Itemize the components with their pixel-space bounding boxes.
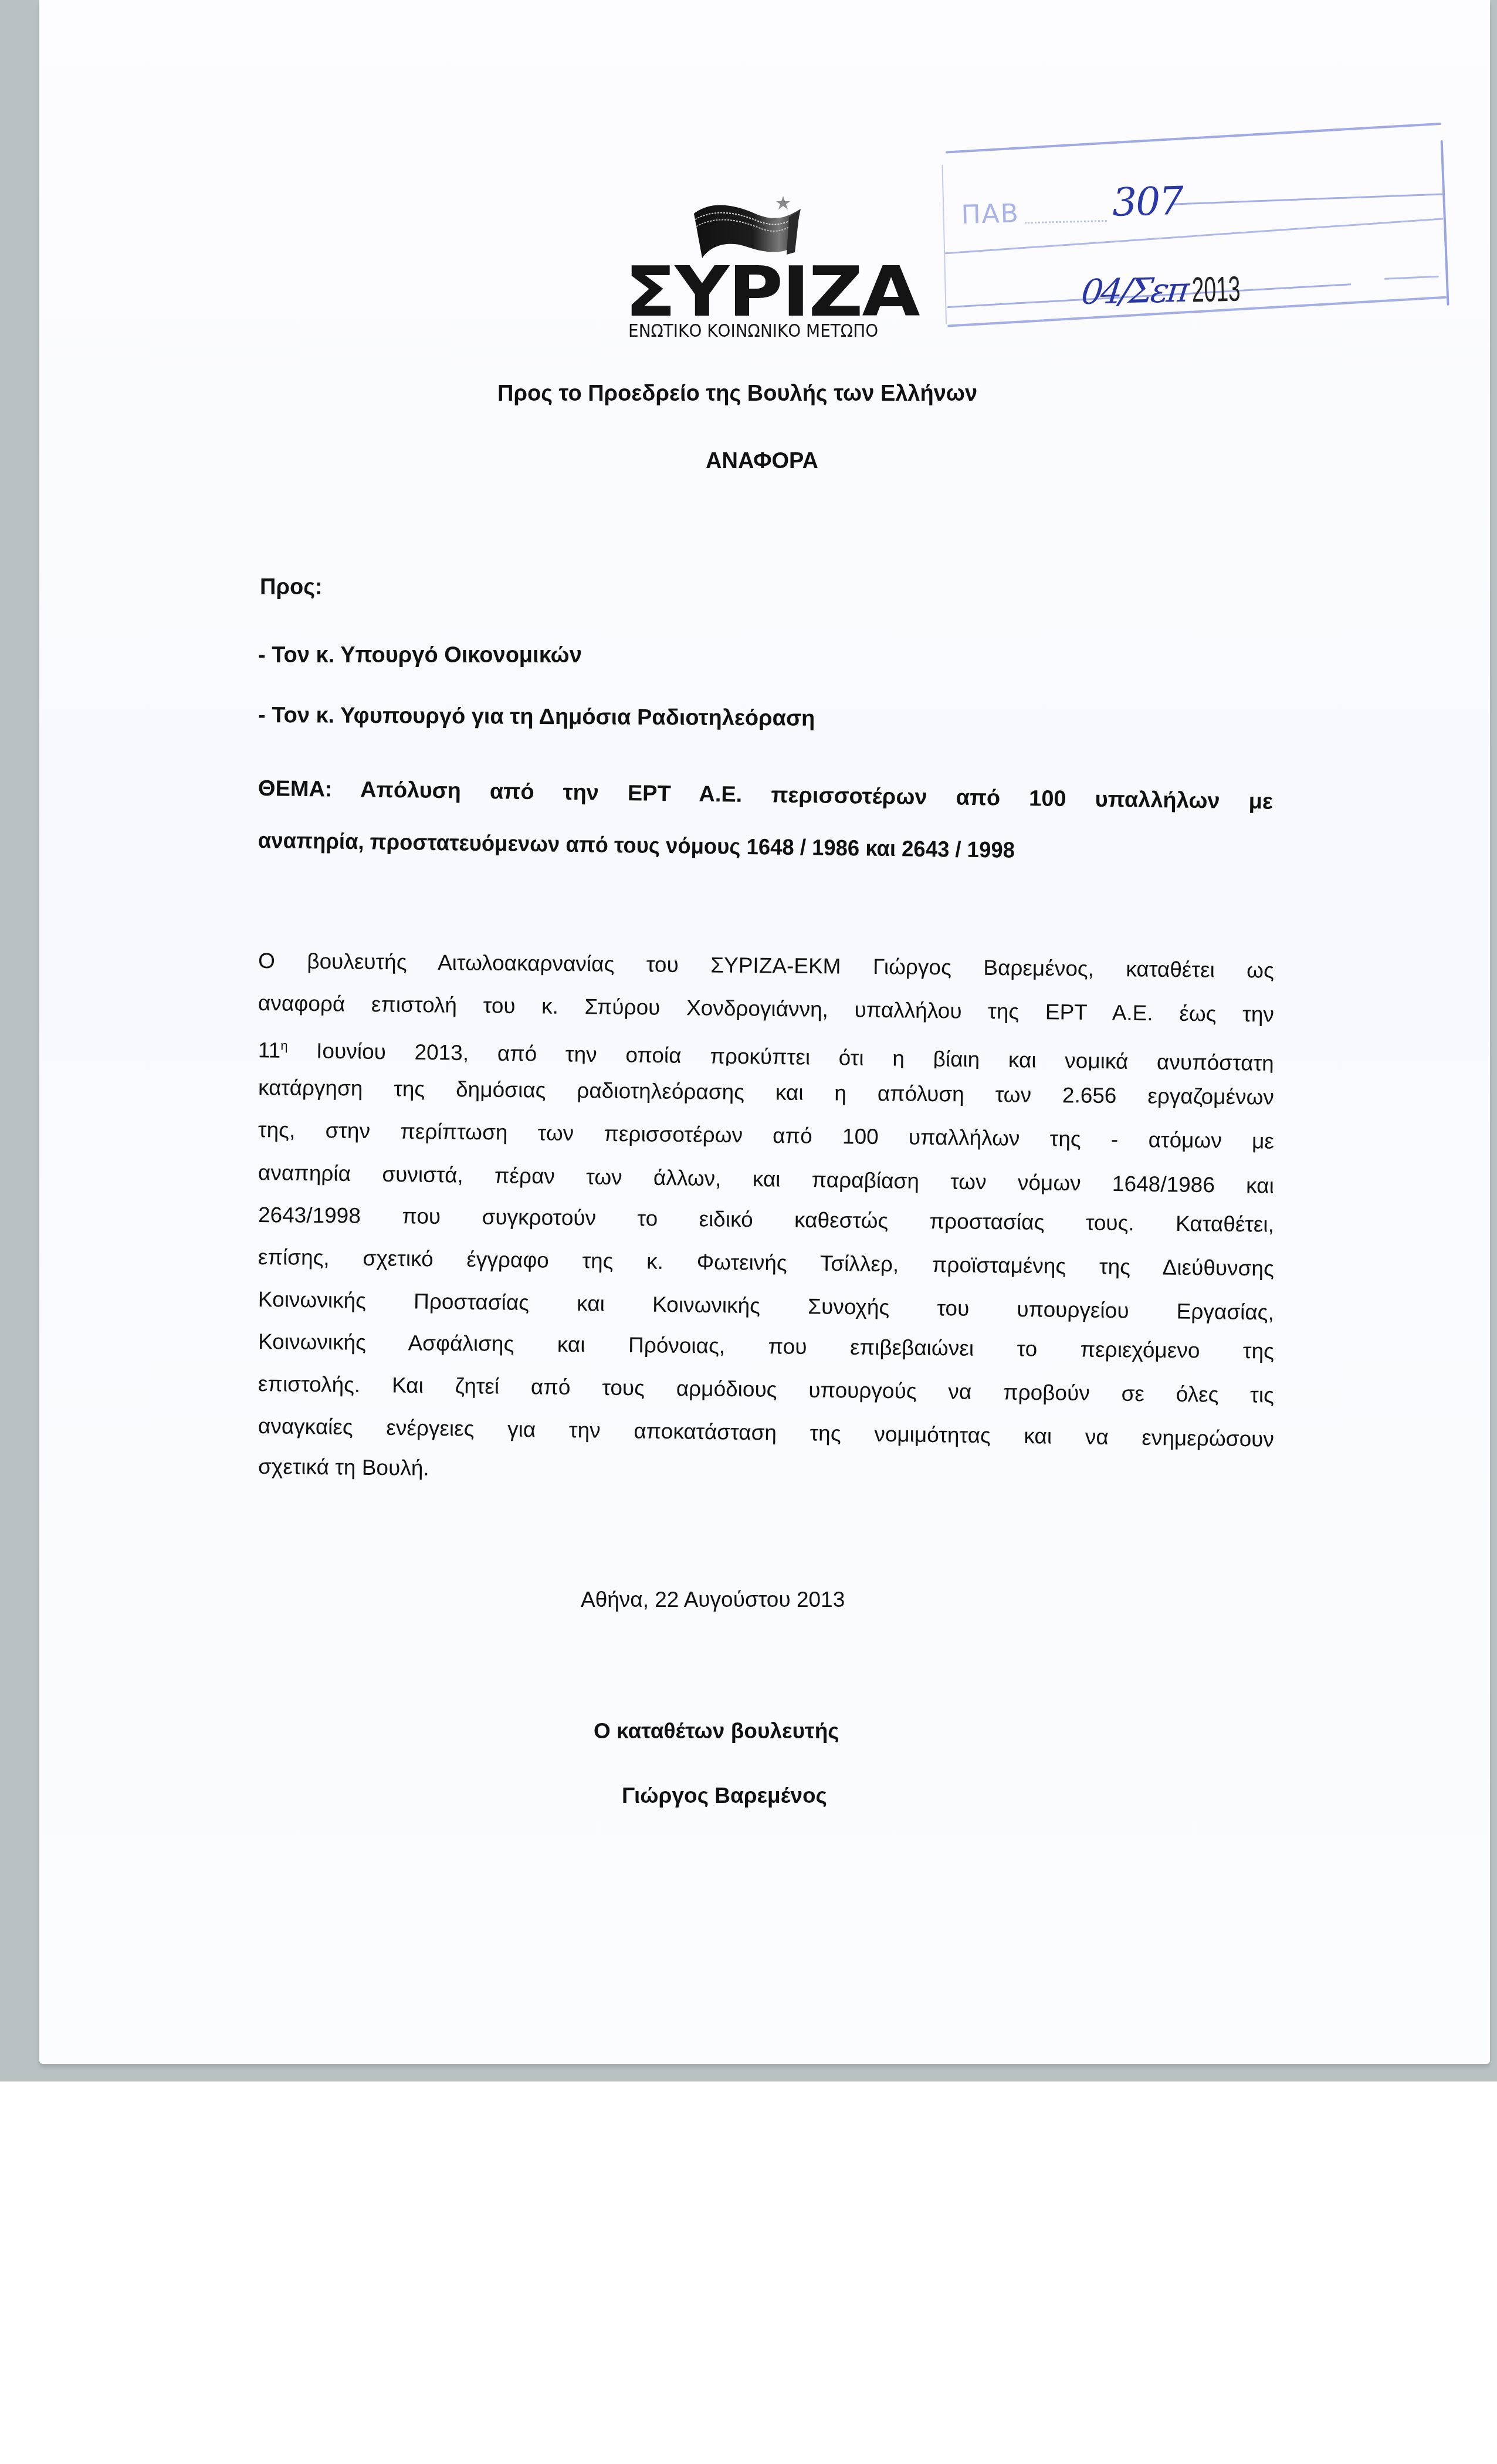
ordinal-superscript: η: [280, 1038, 288, 1053]
stamp-date-handwritten: 04/Σεπ: [1079, 270, 1189, 313]
logo-wordmark: ΣΥΡΙΖΑ: [625, 258, 918, 327]
stamp-prefix: ΠΑΒ: [961, 199, 1020, 230]
document-title: ΑΝΑΦΟΡΑ: [706, 449, 818, 474]
signer-title: Ο καταθέτων βουλευτής: [594, 1719, 839, 1744]
stamp-number: 307: [1112, 178, 1183, 225]
body-line: σχετικά τη Βουλή.: [258, 1454, 429, 1481]
day-number: 11: [258, 1038, 281, 1062]
party-logo: ΣΥΡΙΖΑ ΕΝΩΤΙΚΟ ΚΟΙΝΩΝΙΚΟ ΜΕΤΩΠΟ: [625, 188, 918, 346]
registration-stamp: ΠΑΒ 307 04/Σεπ 2013: [936, 117, 1457, 332]
signer-name: Γιώργος Βαρεμένος: [622, 1783, 827, 1808]
place-date: Αθήνα, 22 Αυγούστου 2013: [581, 1588, 845, 1612]
recipients-label: Προς:: [260, 575, 323, 600]
recipient-item: - Τον κ. Υπουργό Οικονομικών: [258, 643, 582, 668]
addressee-heading: Προς το Προεδρείο της Βουλής των Ελλήνων: [497, 381, 977, 407]
stamp-year: 2013: [1191, 268, 1241, 310]
logo-subtitle: ΕΝΩΤΙΚΟ ΚΟΙΝΩΝΙΚΟ ΜΕΤΩΠΟ: [628, 323, 901, 340]
recipient-item: - Τον κ. Υφυπουργό για τη Δημόσια Ραδιοτ…: [258, 703, 815, 732]
